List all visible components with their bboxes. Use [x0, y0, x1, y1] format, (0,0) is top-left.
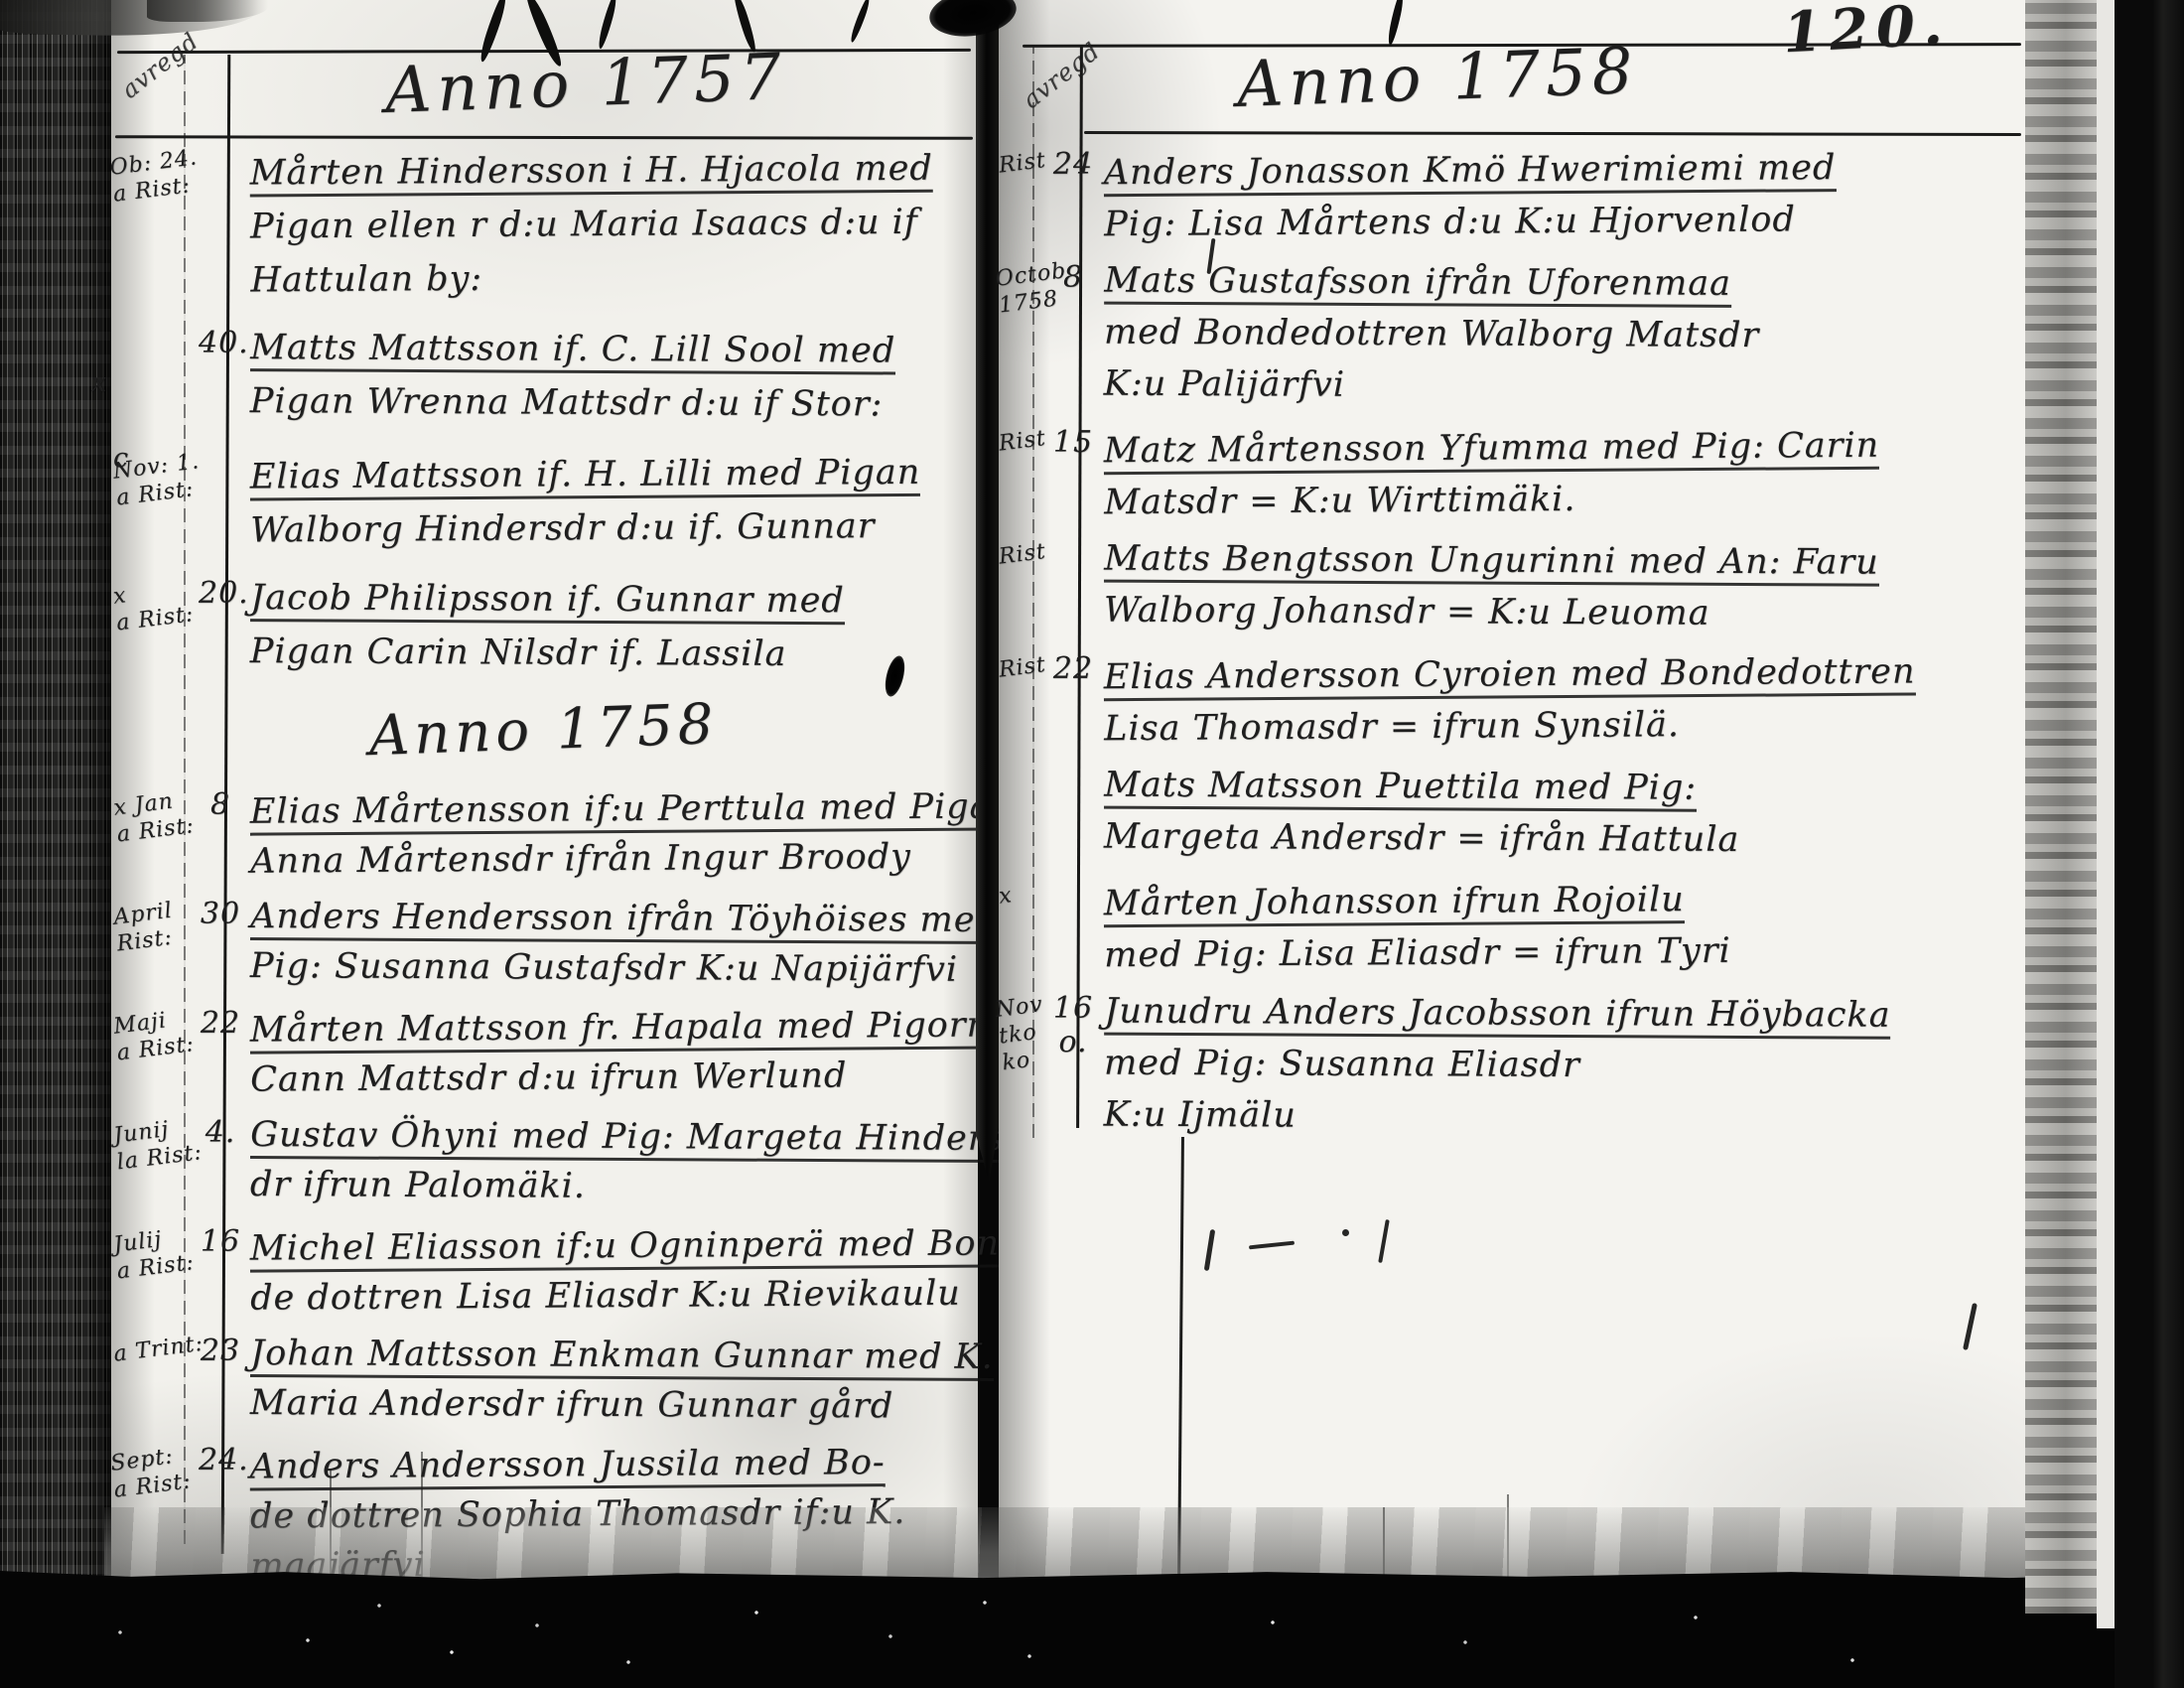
entry-line-1: Mårten Johansson ifrun Rojoilu — [1104, 872, 2019, 929]
entry-line-2: Pigan Wrenna Mattsdr d:u if Stor: — [250, 374, 970, 432]
entry-day-number: 23 — [199, 1335, 242, 1368]
right-page-edge-highlight — [2097, 0, 2116, 1628]
entry-text: Mats Matsson Puettila med Pig: Margeta A… — [1104, 760, 2020, 868]
entry-line-2: Walborg Johansdr = K:u Leuoma — [1104, 585, 2019, 641]
register-entry: Rist Matts Bengtsson Ungurinni med An: F… — [1003, 535, 2019, 638]
register-entry: 40. Matts Mattsson if. C. Lill Sool med … — [117, 323, 970, 430]
entry-line-2: dr ifrun Palomäki. — [250, 1160, 1005, 1213]
ink-dot — [1342, 1229, 1349, 1236]
entry-line-2: med Pig: Susanna Eliasdr — [1104, 1038, 2019, 1094]
book-spine — [0, 0, 111, 1688]
entry-date-column: 20. — [199, 573, 242, 680]
left-entries: Ob: 24. a Rist: Mårten Hindersson i H. H… — [117, 144, 970, 1599]
margin-paren-mark: c — [113, 443, 129, 474]
entry-line-2: Matsdr = K:u Wirttimäki. — [1104, 471, 2019, 528]
entry-line-1: Mats Matsson Puettila med Pig: — [1104, 760, 2019, 816]
entry-feast-day-column — [111, 319, 198, 434]
register-entry: x Jan a Rist: 8 Elias Mårtensson if:u Pe… — [117, 784, 970, 884]
entry-feast-day-column: Rist — [997, 420, 1048, 527]
feast-label: a Trint: — [112, 1333, 189, 1368]
entry-line-1: Anders Andersson Jussila med Bo- — [249, 1437, 969, 1491]
entry-text: Mårten Hindersson i H. Hjacola med Pigan… — [249, 141, 970, 307]
entry-date-column: 23 — [199, 1331, 242, 1430]
entry-feast-day-column: April Rist: — [111, 890, 197, 997]
left-year-header: Anno 1757 — [384, 41, 788, 128]
feast-label — [998, 766, 1037, 771]
photo-background-bottom — [0, 1571, 2184, 1688]
photo-background-right — [2115, 0, 2184, 1688]
entry-day-number: 4. — [199, 1116, 242, 1150]
entry-text: Jacob Philipsson if. Gunnar med Pigan Ca… — [250, 571, 971, 682]
entry-line-1: Matts Bengtsson Ungurinni med An: Faru — [1104, 533, 2019, 590]
entry-date-column — [1050, 762, 1096, 865]
entry-day-number: 24 — [1050, 148, 1096, 182]
register-entry: x Mårten Johansson ifrun Rojoilu med Pig… — [1003, 875, 2019, 978]
entry-feast-day-column: x a Rist: — [111, 569, 198, 684]
entry-line-2: Walborg Hindersdr d:u if. Gunnar — [250, 498, 970, 557]
entry-line-1: Mårten Mattsson fr. Hapala med Pigorne — [250, 1000, 1012, 1055]
entry-feast-day-column: Ob: 24. a Rist: — [107, 140, 200, 309]
feast-label — [998, 766, 1037, 771]
entry-line-1: Michel Eliasson if:u Ogninperä med Bon- — [250, 1218, 1013, 1273]
entry-text: Matz Mårtensson Yfumma med Pig: Carin Ma… — [1104, 419, 2020, 528]
entry-text: Johan Mattsson Enkman Gunnar med K. Mari… — [250, 1329, 994, 1432]
entry-text: Junudru Anders Jacobsson ifrun Höybacka … — [1104, 986, 2020, 1146]
register-entry: April Rist: 30 Anders Hendersson ifrån T… — [117, 894, 970, 993]
ink-tick — [1963, 1303, 1978, 1350]
entry-date-column: 24 — [1050, 144, 1096, 247]
entry-day-number: 40. — [199, 327, 242, 360]
entry-text: Gustav Öhyni med Pig: Margeta Hinders dr… — [250, 1110, 1005, 1213]
feast-label: tko — [998, 1019, 1040, 1051]
entry-line-2: Lisa Thomasdr = ifrun Synsilä. — [1104, 697, 2019, 755]
entry-date-column: 40. — [199, 323, 242, 430]
entry-feast-day-column: Rist — [997, 142, 1048, 249]
entry-day-number: 15 — [1050, 426, 1096, 460]
register-entry: Nov: 1. a Rist: Elias Mattsson if. H. Li… — [117, 448, 970, 555]
entry-line-1: Matz Mårtensson Yfumma med Pig: Carin — [1104, 419, 2019, 477]
register-entry: Junij la Rist: 4. Gustav Öhyni med Pig: … — [117, 1112, 970, 1211]
register-entry: Julij a Rist: 16 Michel Eliasson if:u Og… — [117, 1221, 970, 1321]
ink-tick — [1378, 1219, 1390, 1263]
entry-text: Matts Bengtsson Ungurinni med An: Faru W… — [1104, 533, 2020, 641]
left-margin-scribble: avregd — [116, 27, 204, 104]
margin-cross-mark: x — [91, 367, 107, 398]
register-entry: Mats Matsson Puettila med Pig: Margeta A… — [1003, 762, 2019, 865]
entry-date-column — [1050, 535, 1096, 638]
entry-date-column: 16 — [199, 1221, 242, 1321]
feast-label — [111, 325, 184, 334]
entry-text: Mårten Johansson ifrun Rojoilu med Pig: … — [1104, 872, 2020, 981]
entry-date-column: 15 — [1050, 422, 1096, 525]
left-entries-1757: Ob: 24. a Rist: Mårten Hindersson i H. H… — [117, 144, 970, 680]
entry-line-2: Maria Andersdr ifrun Gunnar gård — [250, 1378, 994, 1432]
entry-date-column: 22 — [199, 1003, 242, 1102]
right-entries: Rist 24 Anders Jonasson Kmö Hwerimiemi m… — [1003, 144, 2019, 1153]
entry-text: Anders Jonasson Kmö Hwerimiemi med Pig: … — [1104, 141, 2020, 250]
feast-label: x — [998, 879, 1040, 911]
ink-dash — [1249, 1241, 1295, 1250]
left-header-rule — [115, 135, 973, 140]
entry-date-column: 4. — [199, 1112, 242, 1211]
feast-label: Rist — [998, 539, 1040, 571]
right-page-edge — [2025, 0, 2099, 1614]
entry-line-1: Mats Gustafsson ifrån Uforenmaa — [1104, 255, 2019, 312]
entry-line-2: Anna Mårtensdr ifrån Ingur Broody — [250, 831, 1016, 886]
entry-line-2: med Bondedottren Walborg Matsdr — [1104, 307, 2019, 363]
entry-date-column: 8 — [199, 784, 242, 884]
left-page: avregd Anno 1757 Ob: 24. a Rist: Mårten … — [111, 0, 978, 1607]
entry-date-column: 22 — [1050, 648, 1096, 752]
feast-label: Rist — [998, 652, 1040, 684]
entry-day-number: 30 — [199, 898, 242, 931]
entry-line-2: Pigan ellen r d:u Maria Isaacs d:u if — [250, 195, 970, 253]
entry-feast-day-column: Rist — [997, 533, 1048, 640]
entry-line-2: Pig: Susanna Gustafsdr K:u Napijärfvi — [250, 941, 999, 995]
register-entry: Nov tko ko 16 o. Junudru Anders Jacobsso… — [1003, 988, 2019, 1143]
entry-text: Elias Mattsson if. H. Lilli med Pigan Wa… — [250, 445, 971, 557]
left-entries-1758: x Jan a Rist: 8 Elias Mårtensson if:u Pe… — [117, 784, 970, 1589]
entry-date-column — [199, 448, 242, 555]
entry-date-column — [199, 144, 242, 305]
entry-date-column: 30 — [199, 894, 242, 993]
right-header-rule — [1084, 131, 2021, 136]
entry-feast-day-column: Octob 1758 — [994, 255, 1052, 414]
feast-label: Rist — [998, 426, 1040, 458]
entry-day-number: 24. — [199, 1444, 242, 1477]
entry-line-1: Anders Jonasson Kmö Hwerimiemi med — [1104, 141, 2019, 199]
entry-text: Mårten Mattsson fr. Hapala med Pigorne C… — [250, 1000, 1013, 1104]
entry-text: Mats Gustafsson ifrån Uforenmaa med Bond… — [1104, 255, 2020, 415]
right-margin-scribble: avregd — [1018, 37, 1105, 114]
entry-text: Elias Andersson Cyroien med Bondedottren… — [1104, 645, 2020, 755]
ink-tick — [1204, 1229, 1216, 1271]
register-entry: Maji a Rist: 22 Mårten Mattsson fr. Hapa… — [117, 1003, 970, 1102]
entry-feast-day-column: Maji a Rist: — [111, 999, 197, 1106]
register-entry: x a Rist: 20. Jacob Philipsson if. Gunna… — [117, 573, 970, 680]
entry-line-2: Pigan Carin Nilsdr if. Lassila — [250, 625, 970, 682]
feast-label: ko — [1001, 1046, 1043, 1077]
entry-line-1: Junudru Anders Jacobsson ifrun Höybacka — [1104, 986, 2019, 1043]
register-entry: Octob 1758 8 Mats Gustafsson ifrån Ufore… — [1003, 257, 2019, 412]
feast-label — [998, 766, 1037, 771]
entry-line-1: Gustav Öhyni med Pig: Margeta Hinders — [250, 1110, 1005, 1164]
entry-line-1: Anders Hendersson ifrån Töyhöises med — [250, 892, 999, 945]
entry-date-column — [1050, 875, 1096, 978]
entry-line-3: Hattulan by: — [250, 248, 970, 307]
entry-day-number: 16 — [1050, 992, 1096, 1026]
entry-feast-day-column: x Jan a Rist: — [111, 780, 197, 888]
entry-line-3: K:u Palijärfvi — [1104, 358, 2019, 415]
entry-text: Michel Eliasson if:u Ogninperä med Bon- … — [250, 1218, 1014, 1323]
left-mid-year-header: Anno 1758 — [116, 683, 971, 777]
entry-day-note: o. — [1050, 1026, 1096, 1059]
entry-feast-day-column: x — [997, 873, 1048, 980]
entry-feast-day-column: Julij a Rist: — [111, 1217, 197, 1325]
entry-feast-day-column: a Trint: — [111, 1327, 197, 1434]
entry-line-1: Matts Mattsson if. C. Lill Sool med — [250, 321, 970, 378]
entry-feast-day-column: Rist — [997, 646, 1048, 754]
entry-day-number: 20. — [199, 577, 242, 611]
entry-day-number: 16 — [199, 1225, 242, 1259]
entry-text: Anders Hendersson ifrån Töyhöises med Pi… — [250, 892, 999, 995]
feast-label: Rist — [998, 148, 1040, 180]
entry-text: Matts Mattsson if. C. Lill Sool med Piga… — [250, 321, 971, 432]
entry-line-2: Margeta Andersdr = ifrån Hattula — [1104, 811, 2019, 868]
register-entry: a Trint: 23 Johan Mattsson Enkman Gunnar… — [117, 1331, 970, 1430]
entry-text: Elias Mårtensson if:u Perttula med Pigan… — [250, 781, 1016, 886]
feast-label — [111, 325, 184, 334]
entry-line-1: Jacob Philipsson if. Gunnar med — [250, 571, 970, 629]
register-scan-photo: avregd Anno 1757 Ob: 24. a Rist: Mårten … — [0, 0, 2184, 1688]
entry-line-2: Pig: Lisa Mårtens d:u K:u Hjorvenlod — [1104, 193, 2019, 250]
register-entry: Rist 15 Matz Mårtensson Yfumma med Pig: … — [1003, 422, 2019, 525]
entry-day-number: 22 — [1050, 652, 1096, 686]
feast-label — [111, 325, 184, 334]
feast-label: 1758 — [998, 288, 1040, 320]
register-entry: Rist 24 Anders Jonasson Kmö Hwerimiemi m… — [1003, 144, 2019, 247]
entry-line-2: Cann Mattsdr d:u ifrun Werlund — [250, 1050, 1012, 1104]
entry-line-2: de dottren Lisa Eliasdr K:u Rievikaulu — [250, 1268, 1013, 1323]
entry-day-number: 8 — [199, 788, 242, 822]
register-entry: Ob: 24. a Rist: Mårten Hindersson i H. H… — [117, 144, 970, 305]
entry-line-3: K:u Ijmälu — [1104, 1089, 2019, 1146]
entry-feast-day-column: Nov tko ko — [994, 986, 1052, 1145]
register-entry: Rist 22 Elias Andersson Cyroien med Bond… — [1003, 648, 2019, 752]
entry-feast-day-column: Junij la Rist: — [111, 1108, 197, 1215]
entry-day-number: 22 — [199, 1007, 242, 1041]
entry-line-1: Elias Mårtensson if:u Perttula med Pigan — [250, 781, 1016, 836]
entry-line-1: Elias Mattsson if. H. Lilli med Pigan — [250, 445, 970, 503]
entry-date-column: 16 o. — [1050, 988, 1096, 1143]
entry-line-1: Elias Andersson Cyroien med Bondedottren — [1104, 645, 2019, 703]
page-number: 120. — [1781, 0, 1952, 66]
entry-line-1: Mårten Hindersson i H. Hjacola med — [249, 141, 969, 200]
entry-feast-day-column — [997, 760, 1048, 867]
right-year-header: Anno 1758 — [1236, 35, 1640, 122]
right-page: avregd Anno 1758 120. Rist 24 Anders Jon… — [999, 0, 2025, 1614]
entry-line-1: Johan Mattsson Enkman Gunnar med K. — [250, 1329, 994, 1382]
entry-line-2: med Pig: Lisa Eliasdr = ifrun Tyri — [1104, 923, 2019, 981]
